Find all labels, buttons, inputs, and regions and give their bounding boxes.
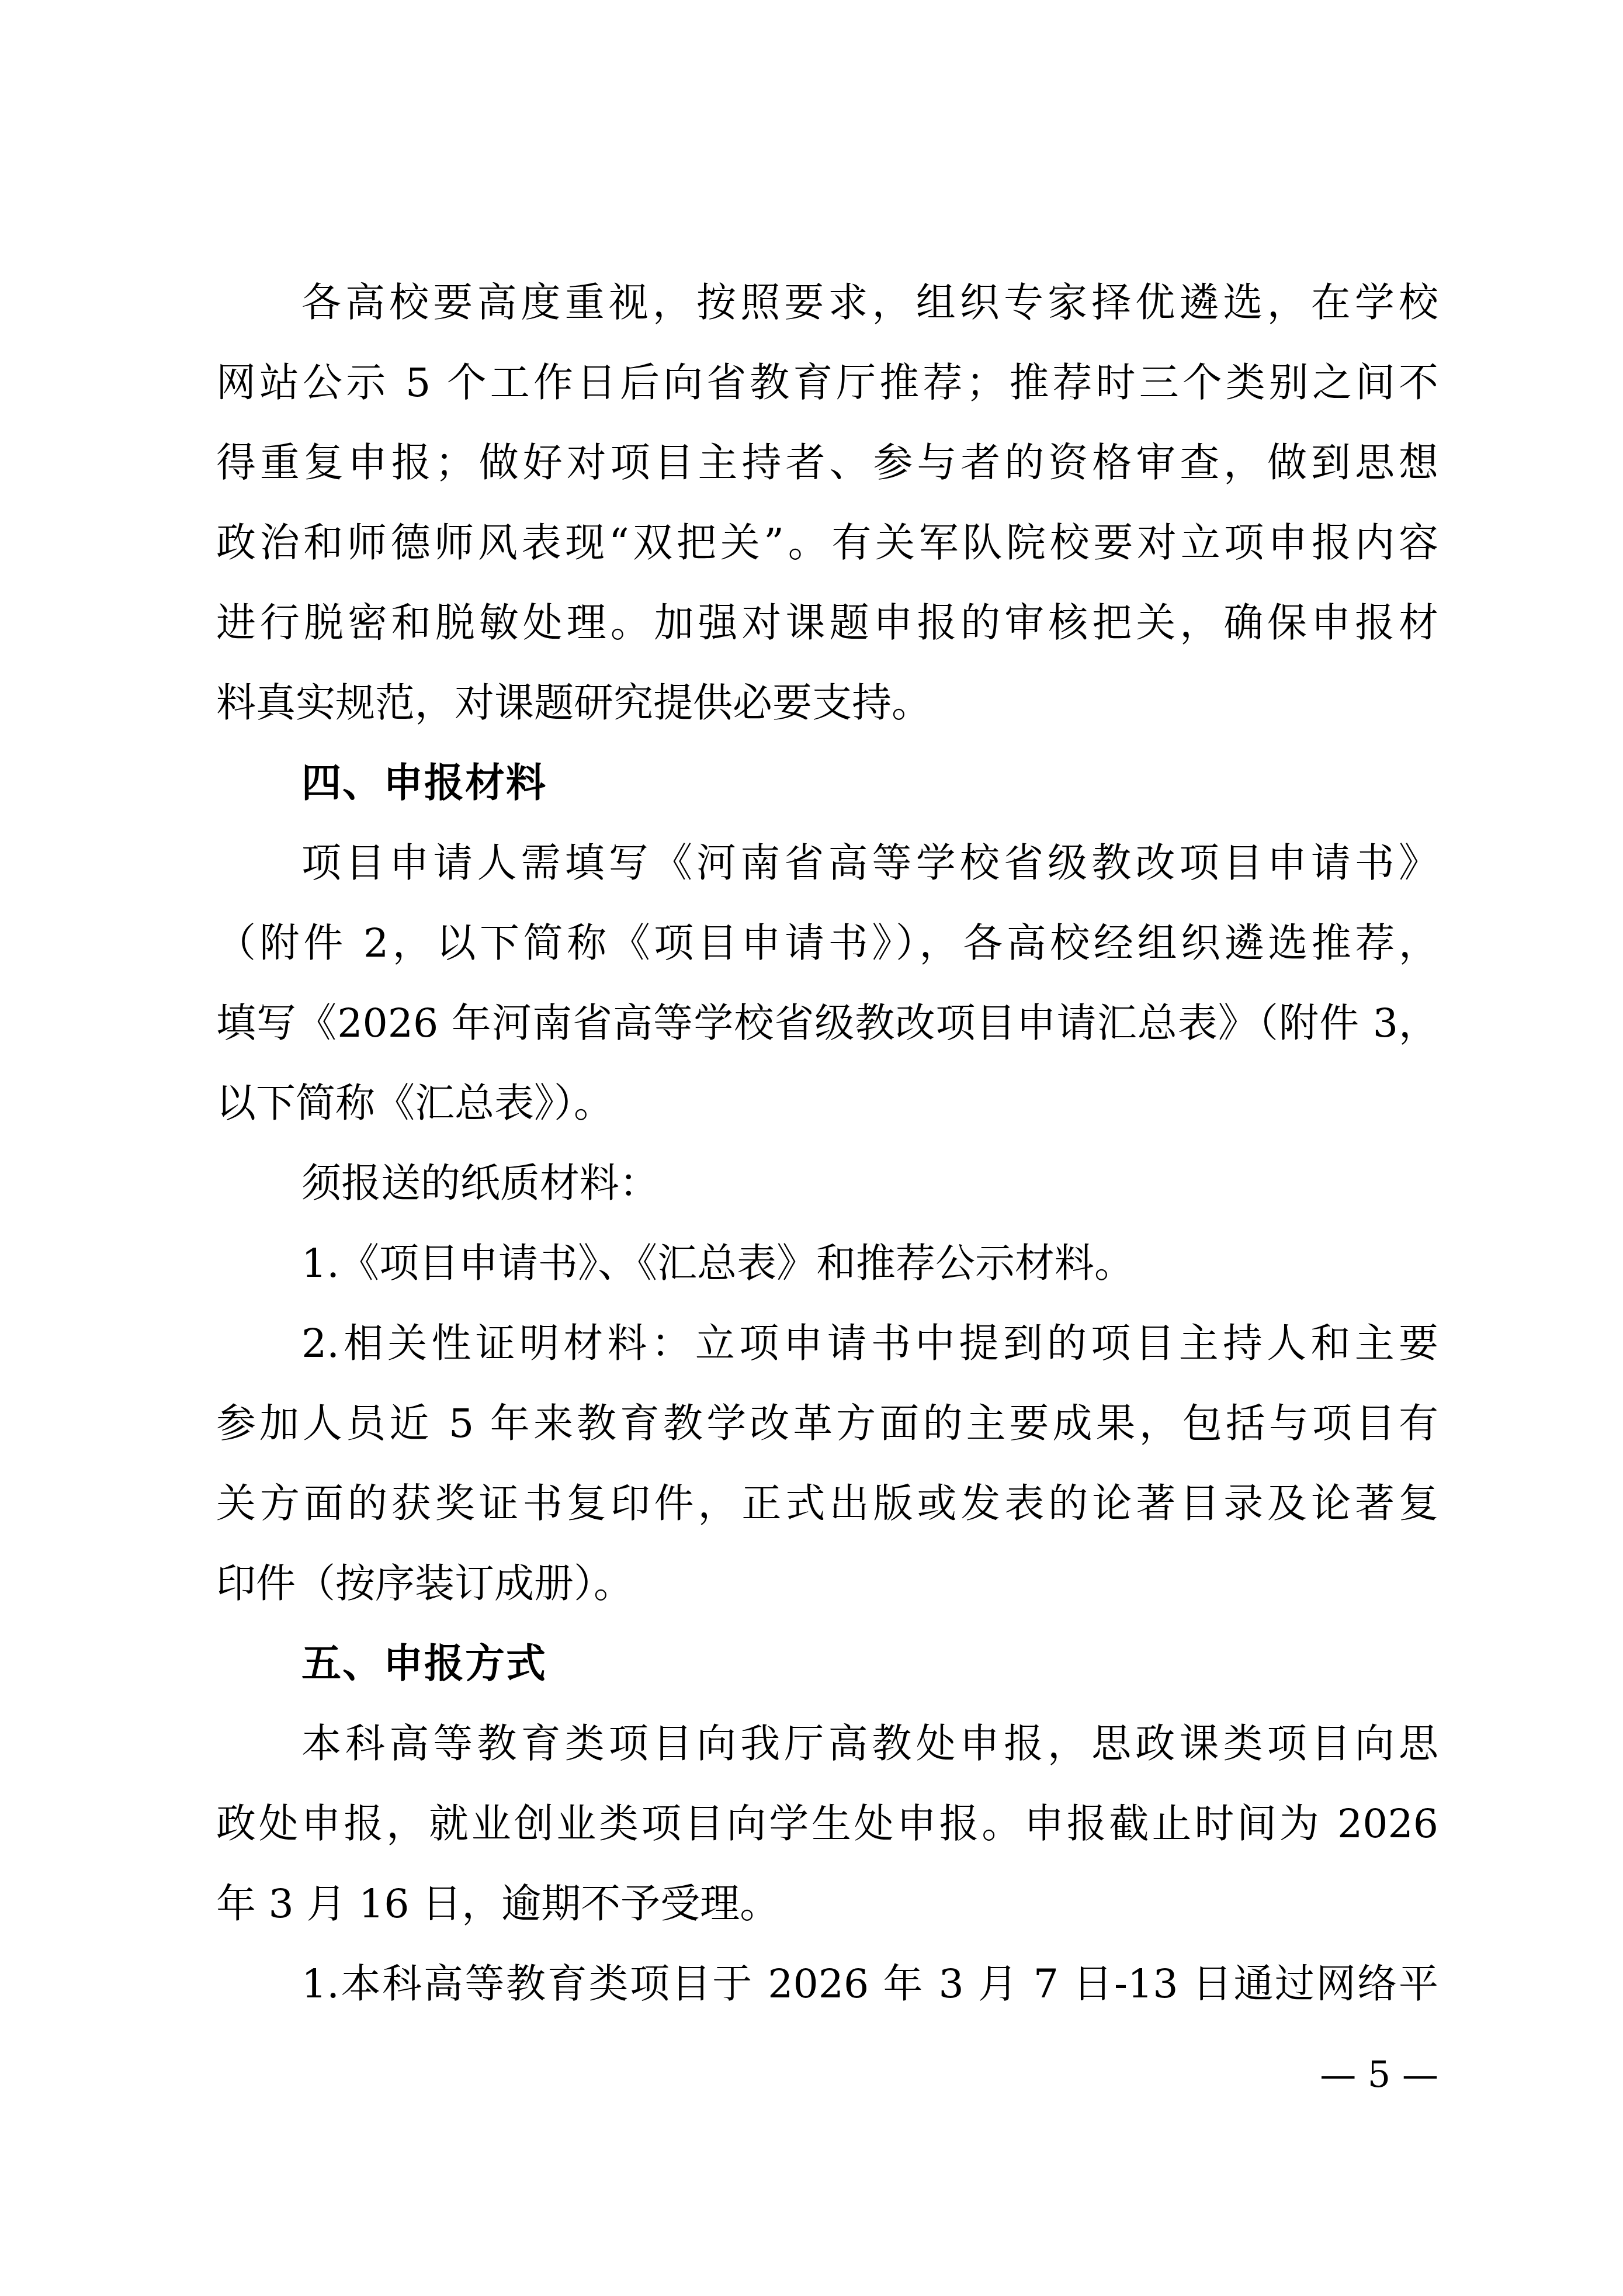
text-line: 填写《2026 年河南省高等学校省级教改项目申请汇总表》（附件 3，: [216, 983, 1438, 1064]
text-line: 须报送的纸质材料：: [216, 1144, 1438, 1224]
text-line: 料真实规范，对课题研究提供必要支持。: [216, 663, 1438, 743]
list-item-2: 2.相关性证明材料：立项申请书中提到的项目主持人和主要 参加人员近 5 年来教育…: [216, 1304, 1438, 1624]
text-line: 参加人员近 5 年来教育教学改革方面的主要成果，包括与项目有: [216, 1384, 1438, 1464]
text-line: 政治和师德师风表现“双把关”。有关军队院校要对立项申报内容: [216, 503, 1438, 583]
text-line: 关方面的获奖证书复印件，正式出版或发表的论著目录及论著复: [216, 1464, 1438, 1544]
paragraph-undergraduate-submission: 1.本科高等教育类项目于 2026 年 3 月 7 日-13 日通过网络平: [216, 1944, 1438, 2024]
text-line: 以下简称《汇总表》）。: [216, 1064, 1438, 1144]
text-line: 进行脱密和脱敏处理。加强对课题申报的审核把关，确保申报材: [216, 583, 1438, 663]
text-line: 各高校要高度重视，按照要求，组织专家择优遴选，在学校: [216, 263, 1438, 343]
text-line: 印件（按序装订成册）。: [216, 1544, 1438, 1624]
section-heading-application-method: 五、申报方式: [216, 1624, 1438, 1704]
paragraph-review-requirements: 各高校要高度重视，按照要求，组织专家择优遴选，在学校 网站公示 5 个工作日后向…: [216, 263, 1438, 743]
document-body: 各高校要高度重视，按照要求，组织专家择优遴选，在学校 网站公示 5 个工作日后向…: [216, 263, 1438, 2024]
text-line: 政处申报，就业创业类项目向学生处申报。申报截止时间为 2026: [216, 1784, 1438, 1864]
paragraph-application-form: 项目申请人需填写《河南省高等学校省级教改项目申请书》 （附件 2，以下简称《项目…: [216, 823, 1438, 1144]
section-heading-application-materials: 四、申报材料: [216, 743, 1438, 823]
page-number: — 5 —: [1285, 2048, 1438, 2101]
text-line: 项目申请人需填写《河南省高等学校省级教改项目申请书》: [216, 823, 1438, 903]
text-line: 1.《项目申请书》、《汇总表》和推荐公示材料。: [216, 1224, 1438, 1304]
list-item-1: 1.《项目申请书》、《汇总表》和推荐公示材料。: [216, 1224, 1438, 1304]
document-page: 各高校要高度重视，按照要求，组织专家择优遴选，在学校 网站公示 5 个工作日后向…: [0, 0, 1623, 2296]
text-line: 2.相关性证明材料：立项申请书中提到的项目主持人和主要: [216, 1304, 1438, 1384]
text-line: 得重复申报；做好对项目主持者、参与者的资格审查，做到思想: [216, 423, 1438, 503]
text-line: 年 3 月 16 日，逾期不予受理。: [216, 1864, 1438, 1944]
text-line: 本科高等教育类项目向我厅高教处申报，思政课类项目向思: [216, 1704, 1438, 1784]
text-line: 1.本科高等教育类项目于 2026 年 3 月 7 日-13 日通过网络平: [216, 1944, 1438, 2024]
paragraph-submission-departments: 本科高等教育类项目向我厅高教处申报，思政课类项目向思 政处申报，就业创业类项目向…: [216, 1704, 1438, 1944]
text-line: （附件 2，以下简称《项目申请书》），各高校经组织遴选推荐，: [216, 903, 1438, 983]
text-line: 网站公示 5 个工作日后向省教育厅推荐；推荐时三个类别之间不: [216, 343, 1438, 423]
paragraph-paper-materials-intro: 须报送的纸质材料：: [216, 1144, 1438, 1224]
